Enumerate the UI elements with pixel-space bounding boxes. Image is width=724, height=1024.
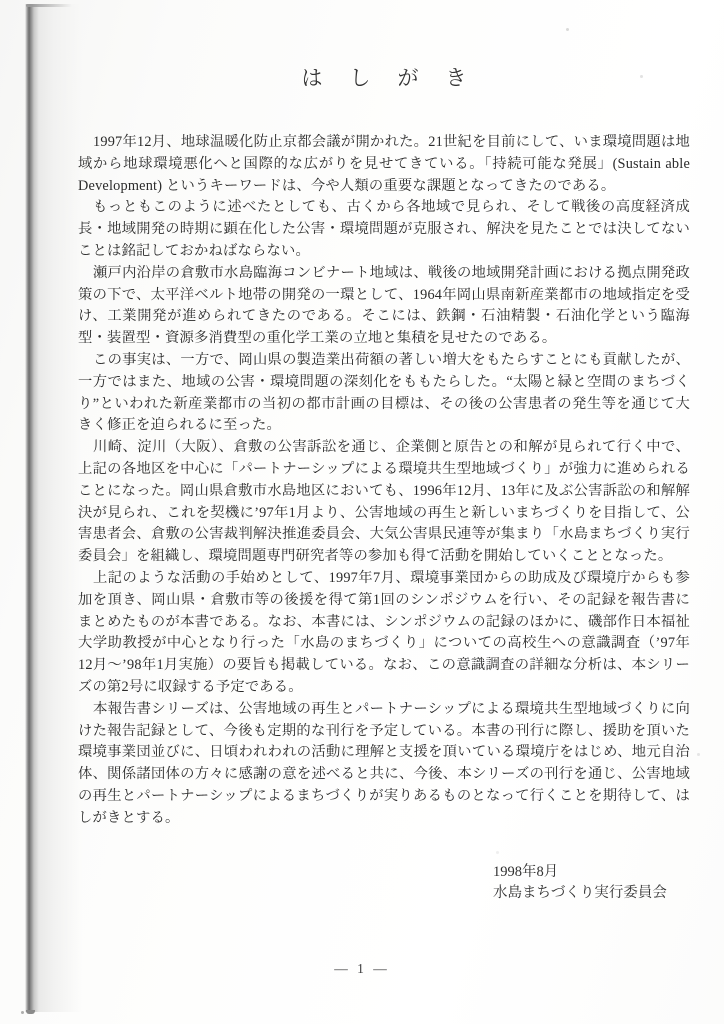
date-line: 1998年8月: [493, 862, 690, 884]
paragraph-1: 1997年12月、地球温暖化防止京都会議が開かれた。21世紀を目前にして、いま環…: [78, 132, 690, 197]
scanned-document-page: はしがき 1997年12月、地球温暖化防止京都会議が開かれた。21世紀を目前にし…: [0, 0, 724, 1024]
preface-body: 1997年12月、地球温暖化防止京都会議が開かれた。21世紀を目前にして、いま環…: [78, 132, 690, 830]
page-binding-edge: [0, 4, 84, 1012]
page-number: — 1 —: [0, 961, 724, 977]
paragraph-2: もっともこのように述べたとしても、古くから各地域で見られ、そして戦後の高度経済成…: [78, 197, 690, 262]
document-content: はしがき 1997年12月、地球温暖化防止京都会議が開かれた。21世紀を目前にし…: [78, 64, 690, 905]
paragraph-6: 上記のような活動の手始めとして、1997年7月、環境事業団からの助成及び環境庁か…: [78, 568, 690, 699]
scan-dust-specks: [21, 1011, 24, 1014]
paragraph-3: 瀬戸内沿岸の倉敷市水島臨海コンビナート地域は、戦後の地域開発計画における拠点開発…: [78, 263, 690, 350]
paragraph-7: 本報告書シリーズは、公害地域の再生とパートナーシップによる環境共生型地域づくりに…: [78, 699, 690, 830]
signature-line: 水島まちづくり実行委員会: [493, 883, 690, 905]
page-title-text: はしがき: [302, 66, 494, 90]
paragraph-4: この事実は、一方で、岡山県の製造業出荷額の著しい増大をもたらすことにも貢献したが…: [78, 350, 690, 437]
paragraph-5: 川崎、淀川（大阪）、倉敷の公害訴訟を通じ、企業側と原告との和解が見られて行く中で…: [78, 437, 690, 568]
page-title: はしがき: [78, 64, 690, 92]
signature-block: 1998年8月 水島まちづくり実行委員会: [78, 862, 690, 905]
